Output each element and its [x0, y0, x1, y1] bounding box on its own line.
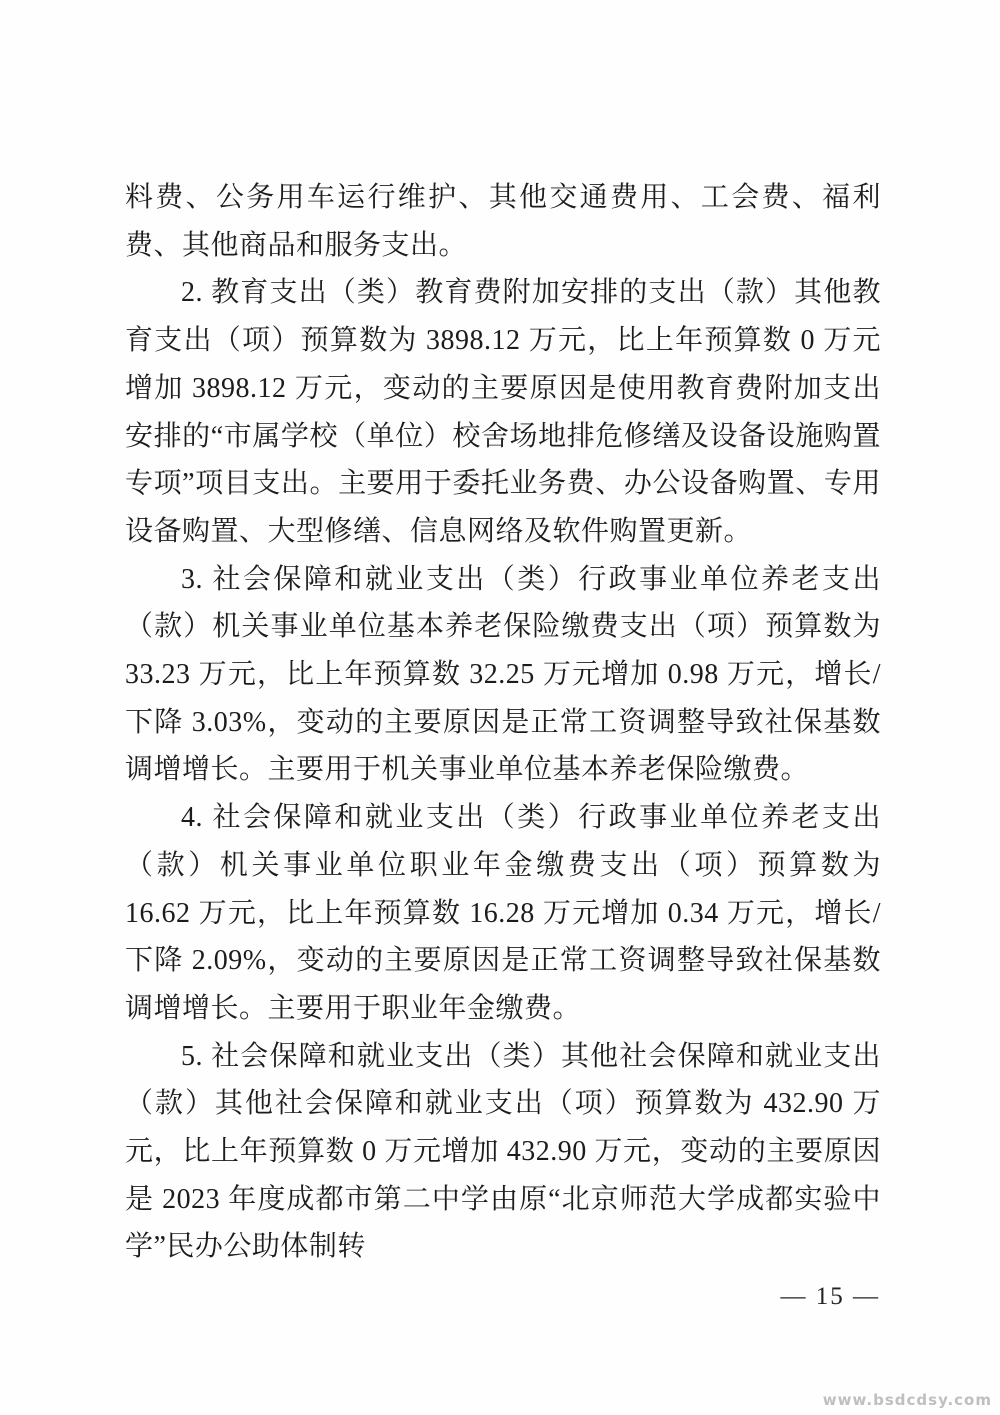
- page-number: — 15 —: [680, 1282, 880, 1312]
- paragraph-item-2: 2. 教育支出（类）教育费附加安排的支出（款）其他教育支出（项）预算数为 389…: [125, 269, 881, 555]
- watermark: www.bsdcdsy.com: [823, 1391, 992, 1409]
- paragraph-item-4: 4. 社会保障和就业支出（类）行政事业单位养老支出（款）机关事业单位职业年金缴费…: [125, 794, 881, 1033]
- paragraph-item-3: 3. 社会保障和就业支出（类）行政事业单位养老支出（款）机关事业单位基本养老保险…: [125, 556, 881, 795]
- document-page: 料费、公务用车运行维护、其他交通费用、工会费、福利费、其他商品和服务支出。 2.…: [0, 0, 1000, 1415]
- paragraph-continuation: 料费、公务用车运行维护、其他交通费用、工会费、福利费、其他商品和服务支出。: [125, 174, 881, 269]
- paragraph-item-5: 5. 社会保障和就业支出（类）其他社会保障和就业支出（款）其他社会保障和就业支出…: [125, 1033, 881, 1272]
- document-body: 料费、公务用车运行维护、其他交通费用、工会费、福利费、其他商品和服务支出。 2.…: [125, 174, 881, 1271]
